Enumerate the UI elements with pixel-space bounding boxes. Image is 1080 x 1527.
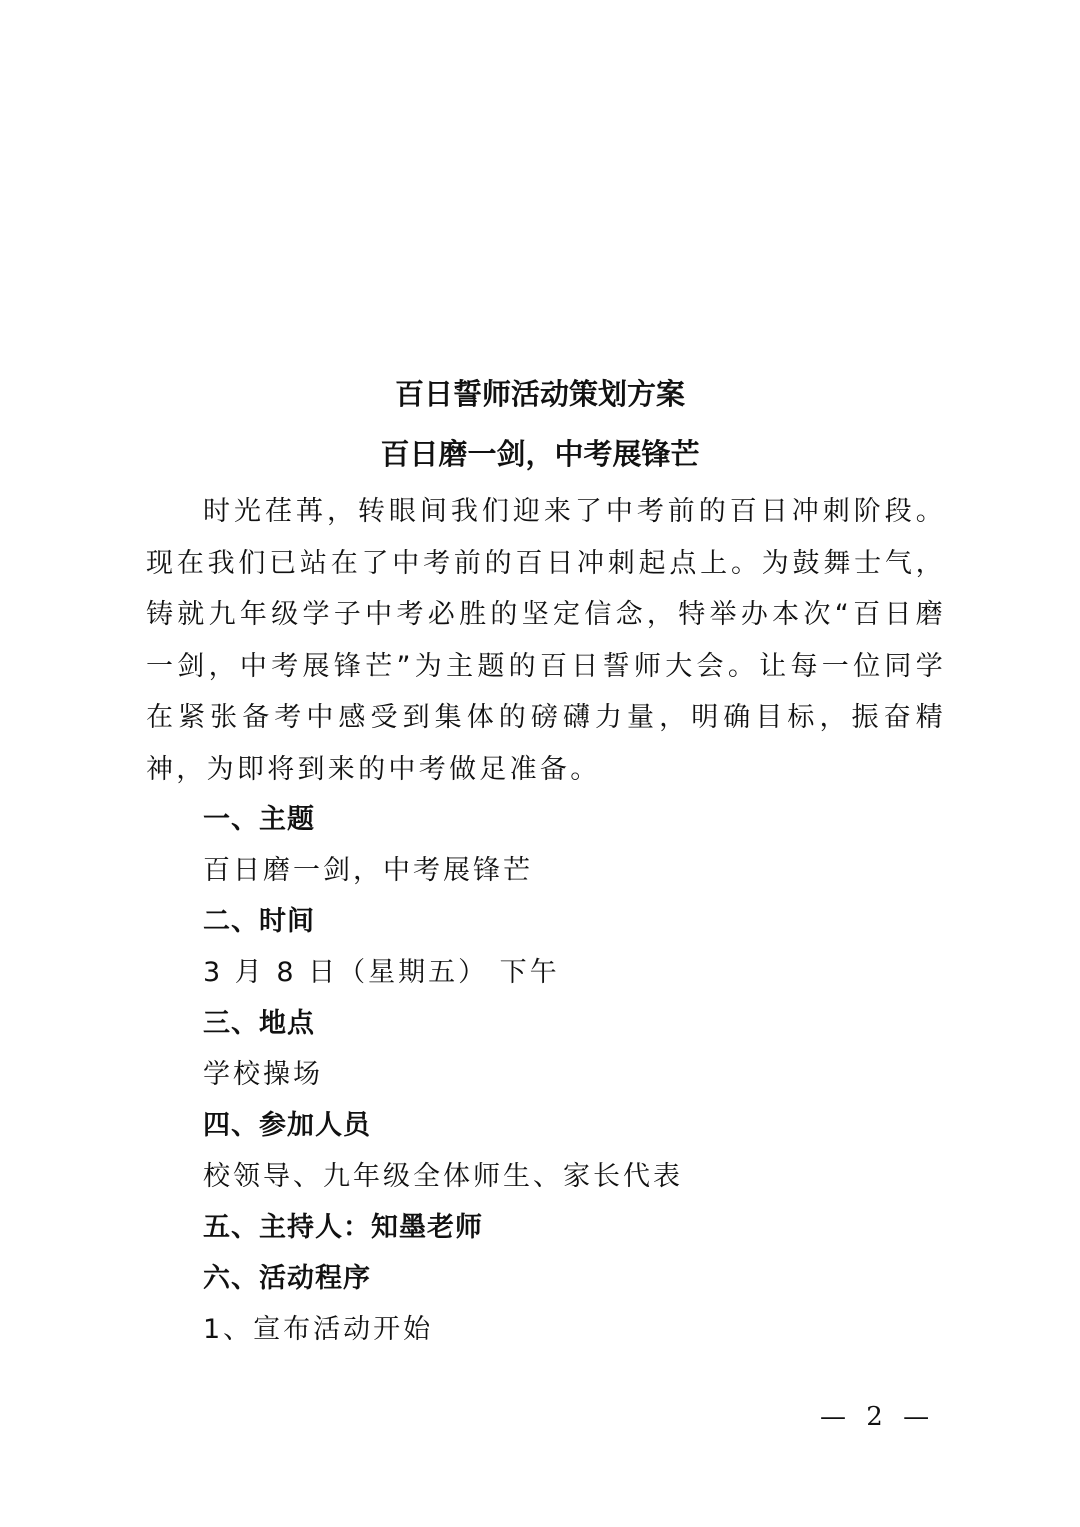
section-heading-location: 三、地点 [203, 1001, 315, 1040]
page-number: — 2 — [820, 1402, 935, 1432]
section-heading-participants: 四、参加人员 [203, 1103, 371, 1142]
intro-paragraph: 时光荏苒，转眼间我们迎来了中考前的百日冲刺阶段。现在我们已站在了中考前的百日冲刺… [146, 486, 946, 795]
section-content-time: 3 月 8 日（星期五） 下午 [203, 950, 560, 989]
section-heading-procedure: 六、活动程序 [203, 1256, 371, 1295]
document-page: 百日誓师活动策划方案 百日磨一剑，中考展锋芒 时光荏苒，转眼间我们迎来了中考前的… [0, 0, 1080, 1527]
document-subtitle: 百日磨一剑，中考展锋芒 [0, 432, 1080, 473]
section-content-participants: 校领导、九年级全体师生、家长代表 [203, 1154, 683, 1193]
section-heading-theme: 一、主题 [203, 797, 315, 836]
section-content-location: 学校操场 [203, 1052, 323, 1091]
section-heading-time: 二、时间 [203, 899, 315, 938]
section-heading-host: 五、主持人：知墨老师 [203, 1205, 483, 1244]
section-content-theme: 百日磨一剑，中考展锋芒 [203, 848, 533, 887]
section-content-procedure: 1、宣布活动开始 [203, 1307, 433, 1346]
document-title: 百日誓师活动策划方案 [0, 372, 1080, 413]
